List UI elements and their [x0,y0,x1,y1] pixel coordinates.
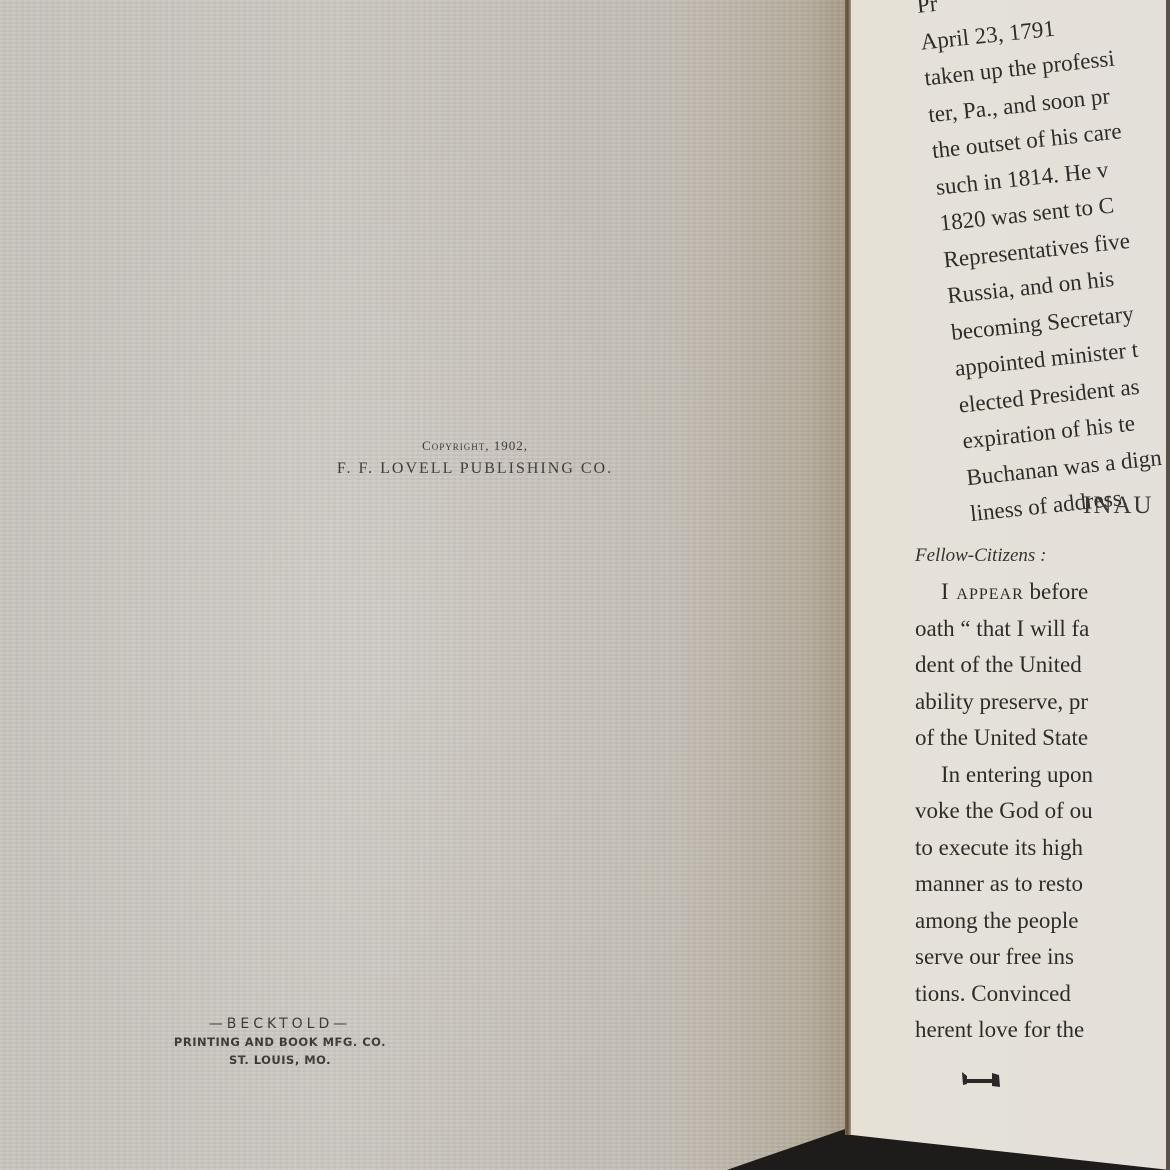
section-heading: INAU [1083,488,1154,525]
address-line: manner as to resto [915,866,1093,903]
printer-line-2: ST. LOUIS, MO. [130,1053,430,1067]
right-page-text: Pr April 23, 1791 taken up the professi … [851,0,1170,1170]
salutation: Fellow-Citizens : [915,538,1046,575]
address-line: to execute its high [915,830,1093,867]
signature-mark-icon [959,1070,1003,1088]
left-page-copyright: Copyright, 1902, F. F. LOVELL PUBLISHING… [0,0,845,1170]
address-line: tions. Convinced [915,976,1093,1013]
page-edge [1166,0,1170,1170]
printer-imprint: —BECKTOLD— PRINTING AND BOOK MFG. CO. ST… [130,1016,430,1067]
address-line: among the people [915,903,1093,940]
opening-rest: before [1024,579,1089,604]
address-line: voke the God of ou [915,793,1093,830]
address-line: In entering upon [915,757,1093,794]
copyright-year: Copyright, 1902, [240,438,710,454]
address-line: dent of the United [915,647,1093,684]
address-line: oath “ that I will fa [915,611,1093,648]
opening-small-caps: I appear [941,579,1024,604]
address-line: I appear before [915,574,1093,611]
printer-line-1: PRINTING AND BOOK MFG. CO. [130,1035,430,1049]
biography-paragraph: Pr April 23, 1791 taken up the professi … [915,0,1167,533]
book-gutter [845,0,851,1135]
address-line: serve our free ins [915,939,1093,976]
address-paragraph-1: I appear before oath “ that I will fa de… [915,574,1093,1049]
printer-name: —BECKTOLD— [130,1016,430,1032]
address-line: herent love for the [915,1012,1093,1049]
publisher-name: F. F. LOVELL PUBLISHING CO. [240,460,710,478]
address-line: of the United State [915,720,1093,757]
open-book-spread: Copyright, 1902, F. F. LOVELL PUBLISHING… [0,0,1170,1170]
address-line: ability preserve, pr [915,684,1093,721]
copyright-notice: Copyright, 1902, F. F. LOVELL PUBLISHING… [240,438,710,478]
